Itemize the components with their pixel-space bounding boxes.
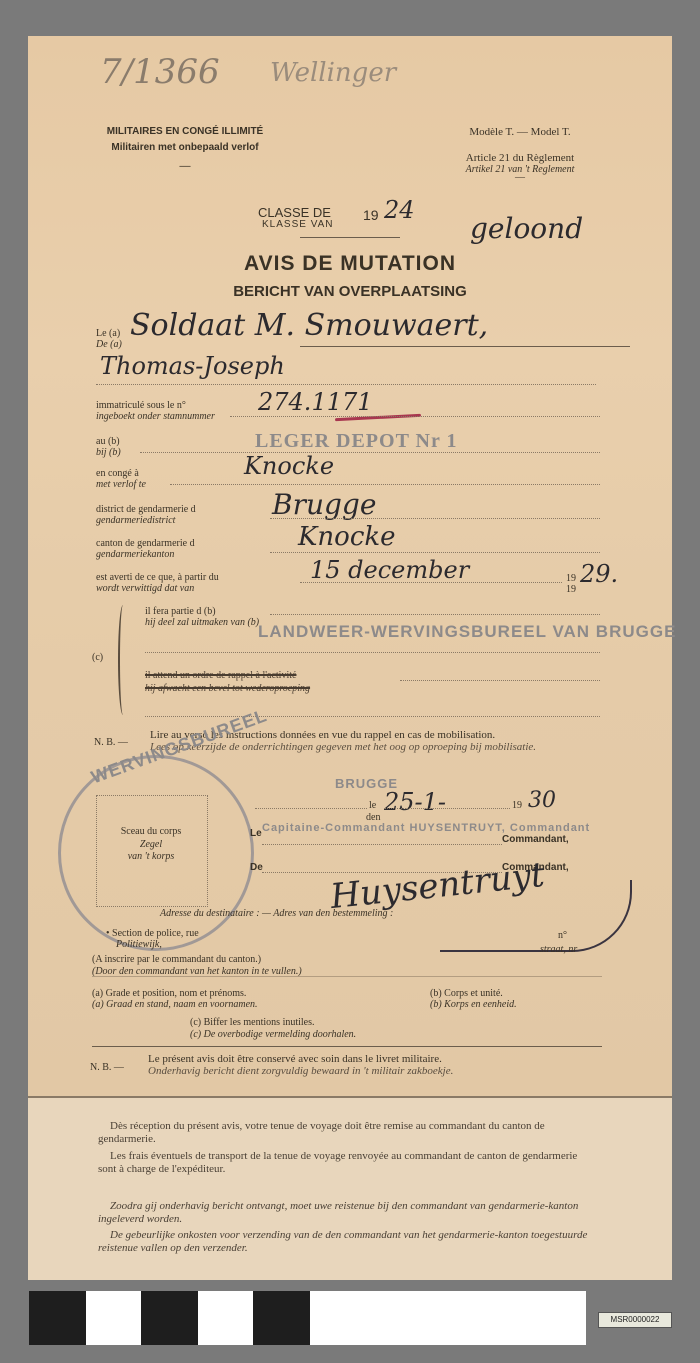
- field-value-registration: 274.1171: [258, 388, 373, 416]
- struck-fr: il attend un ordre de rappel à l'activit…: [145, 670, 296, 681]
- calibration-swatch-black: [29, 1291, 86, 1345]
- instruction-fr-1: Dès réception du présent avis, votre ten…: [98, 1120, 598, 1146]
- title-fr: AVIS DE MUTATION: [180, 252, 520, 276]
- classe-nl: KLASSE VAN: [262, 219, 334, 230]
- field-value-name: Soldaat M. Smouwaert,: [130, 308, 488, 343]
- issue-year: 30: [528, 788, 556, 813]
- instruction-nl-2: De gebeurlijke onkosten voor verzending …: [98, 1229, 598, 1255]
- field-value-firstnames: Thomas-Joseph: [100, 352, 285, 380]
- model-label: Modèle T. — Model T.: [420, 126, 620, 138]
- header-right-dash: —: [420, 172, 620, 183]
- commander-stamp: Capitaine-Commandant HUYSENTRUYT, Comman…: [262, 822, 590, 834]
- field-value-leave-location: Knocke: [244, 452, 334, 480]
- calibration-swatch-white: [86, 1291, 141, 1345]
- header-left-dash: —: [90, 160, 280, 172]
- field-value-date: 15 december: [310, 556, 469, 584]
- classe-note: geloond: [470, 212, 583, 245]
- bracket: [118, 605, 128, 715]
- struck-nl: hij afwacht een bevel tot wederoproeping: [145, 683, 310, 694]
- bracket-stamp: LANDWEER-WERVINGSBUREEL VAN BRUGGE: [258, 622, 676, 642]
- classe-prefix: 19: [363, 207, 379, 223]
- field-value-canton: Knocke: [298, 522, 396, 552]
- address-label: Adresse du destinataire : — Adres van de…: [160, 908, 580, 919]
- field-value-unit-stamp: LEGER DEPOT Nr 1: [255, 430, 458, 453]
- classe-fr: CLASSE DE: [258, 205, 331, 220]
- field-value-year: 29.: [580, 560, 618, 588]
- calibration-swatch-white: [310, 1291, 586, 1345]
- classe-underline: [300, 237, 400, 238]
- article-fr: Article 21 du Règlement: [420, 152, 620, 164]
- calibration-swatch-black: [253, 1291, 310, 1345]
- handwritten-ref: 7/1366: [100, 52, 220, 92]
- title-nl: BERICHT VAN OVERPLAATSING: [180, 283, 520, 300]
- calibration-swatch-black: [141, 1291, 198, 1345]
- bracket-marker: (c): [92, 652, 103, 663]
- handwritten-ref-name: Wellinger: [270, 58, 396, 88]
- instruction-nl-1: Zoodra gij onderhavig bericht ontvangt, …: [98, 1200, 598, 1226]
- instruction-fr-2: Les frais éventuels de transport de la t…: [98, 1150, 598, 1176]
- header-left-fr: MILITAIRES EN CONGÉ ILLIMITÉ: [90, 126, 280, 137]
- field-value-district: Brugge: [272, 488, 376, 521]
- header-left-nl: Militairen met onbepaald verlof: [90, 142, 280, 153]
- classe-year: 24: [384, 196, 415, 224]
- calibration-swatch-white: [198, 1291, 253, 1345]
- scan-id-label: MSR0000022: [598, 1312, 672, 1328]
- issue-date: 25-1-: [384, 788, 446, 816]
